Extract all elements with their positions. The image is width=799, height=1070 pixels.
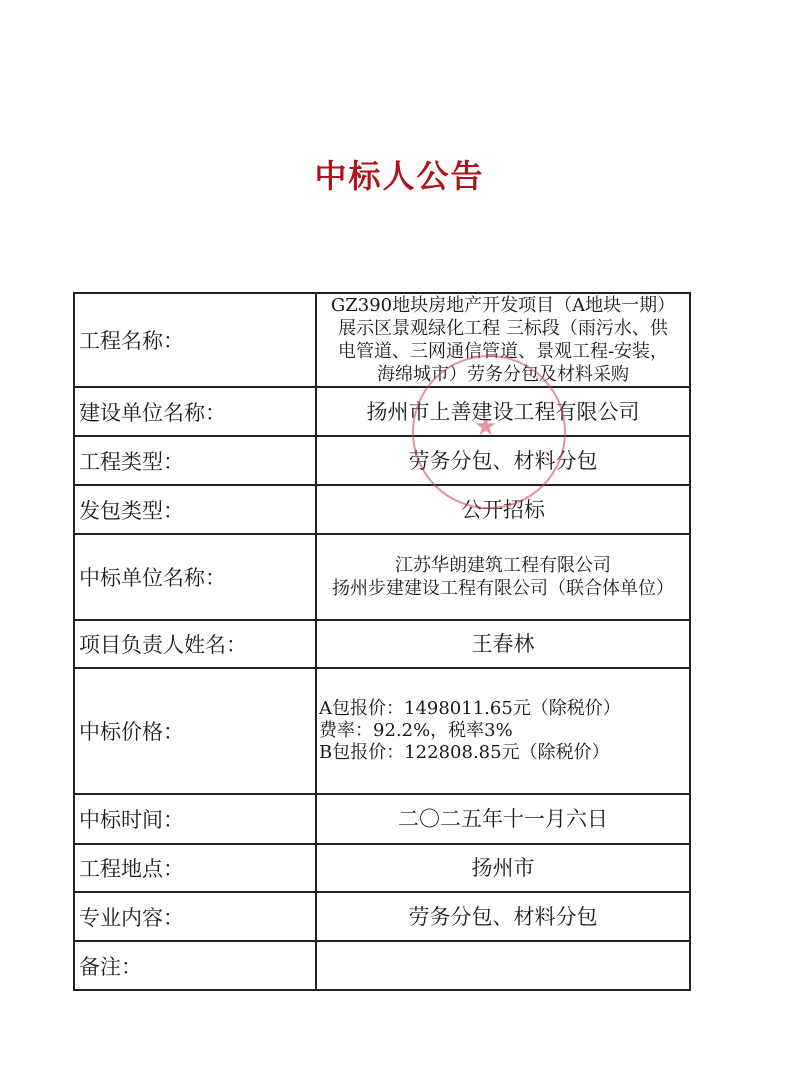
label-winner: 中标单位名称： (74, 534, 316, 620)
label-remarks: 备注： (74, 941, 316, 990)
label-scope: 专业内容： (74, 892, 316, 941)
winner-line-1: 江苏华朗建筑工程有限公司 (317, 554, 689, 577)
value-project-type: 劳务分包、材料分包 (316, 436, 690, 485)
label-project-manager: 项目负责人姓名： (74, 620, 316, 668)
table-row-bid-price: 中标价格： A包报价：1498011.65元（除税价） 费率：92.2%，税率3… (74, 668, 690, 794)
table-row-award-date: 中标时间： 二〇二五年十一月六日 (74, 794, 690, 844)
label-contract-type: 发包类型： (74, 485, 316, 534)
project-name-line-2: 展示区景观绿化工程 三标段（雨污水、供 (317, 317, 689, 340)
page-title: 中标人公告 (0, 152, 799, 200)
value-project-manager: 王春林 (316, 620, 690, 668)
table-row-project-manager: 项目负责人姓名： 王春林 (74, 620, 690, 668)
value-winner: 江苏华朗建筑工程有限公司 扬州步建建设工程有限公司（联合体单位） (316, 534, 690, 620)
table-row-location: 工程地点： 扬州市 (74, 844, 690, 892)
label-award-date: 中标时间： (74, 794, 316, 844)
table-row-scope: 专业内容： 劳务分包、材料分包 (74, 892, 690, 941)
value-project-name: GZ390地块房地产开发项目（A地块一期） 展示区景观绿化工程 三标段（雨污水、… (316, 293, 690, 387)
label-project-type: 工程类型： (74, 436, 316, 485)
project-name-line-1: GZ390地块房地产开发项目（A地块一期） (317, 294, 689, 317)
label-bid-price: 中标价格： (74, 668, 316, 794)
label-project-name: 工程名称： (74, 293, 316, 387)
value-remarks (316, 941, 690, 990)
bid-price-line-2: 费率：92.2%，税率3% (319, 720, 689, 742)
bid-price-line-3: B包报价：122808.85元（除税价） (319, 742, 689, 764)
announcement-table: 工程名称： GZ390地块房地产开发项目（A地块一期） 展示区景观绿化工程 三标… (73, 292, 691, 991)
table-row-project-name: 工程名称： GZ390地块房地产开发项目（A地块一期） 展示区景观绿化工程 三标… (74, 293, 690, 387)
table-row-owner: 建设单位名称： 扬州市上善建设工程有限公司 (74, 387, 690, 436)
value-contract-type: 公开招标 (316, 485, 690, 534)
winner-line-2: 扬州步建建设工程有限公司（联合体单位） (317, 577, 689, 600)
project-name-line-4: 海绵城市）劳务分包及材料采购 (317, 363, 689, 386)
label-owner: 建设单位名称： (74, 387, 316, 436)
value-owner: 扬州市上善建设工程有限公司 (316, 387, 690, 436)
project-name-line-3: 电管道、三网通信管道、景观工程-安装， (317, 340, 689, 363)
value-bid-price: A包报价：1498011.65元（除税价） 费率：92.2%，税率3% B包报价… (316, 668, 690, 794)
value-location: 扬州市 (316, 844, 690, 892)
value-scope: 劳务分包、材料分包 (316, 892, 690, 941)
value-award-date: 二〇二五年十一月六日 (316, 794, 690, 844)
table-row-contract-type: 发包类型： 公开招标 (74, 485, 690, 534)
label-location: 工程地点： (74, 844, 316, 892)
table-row-winner: 中标单位名称： 江苏华朗建筑工程有限公司 扬州步建建设工程有限公司（联合体单位） (74, 534, 690, 620)
bid-price-line-1: A包报价：1498011.65元（除税价） (319, 698, 689, 720)
table-row-remarks: 备注： (74, 941, 690, 990)
table-row-project-type: 工程类型： 劳务分包、材料分包 (74, 436, 690, 485)
